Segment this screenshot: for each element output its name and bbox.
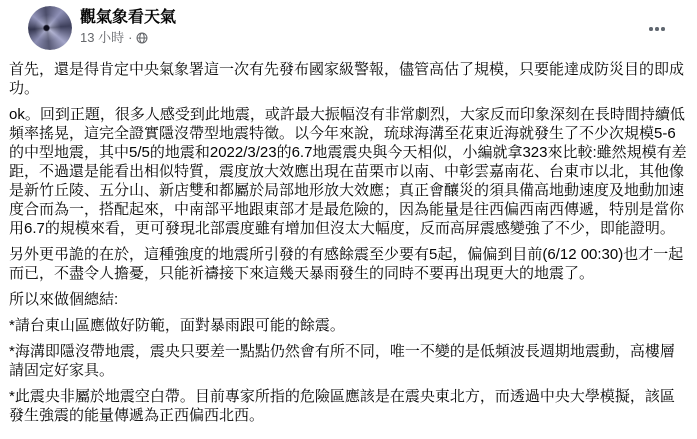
timestamp[interactable]: 13 小時 — [80, 30, 124, 46]
globe-icon — [136, 32, 148, 44]
ellipsis-icon — [661, 27, 665, 31]
paragraph-intro: 首先，還是得肯定中央氣象署這一次有先發布國家級警報，儘管高估了規模，只要能達成防… — [9, 60, 688, 98]
post-menu-button[interactable] — [640, 14, 674, 44]
paragraph-aftershocks: 另外更弔詭的在於，這種強度的地震所引發的有感餘震至少要有5起，偏偏到目前(6/1… — [9, 245, 688, 283]
facebook-post: 觀氣象看天氣 13 小時 · 首先，還是得肯定中央氣象署這一次有先發布國家級警報… — [0, 0, 697, 425]
header-info: 觀氣象看天氣 13 小時 · — [80, 6, 176, 46]
avatar[interactable] — [28, 6, 72, 50]
author-name[interactable]: 觀氣象看天氣 — [80, 8, 176, 28]
paragraph-summary-head: 所以來做個總結: — [9, 290, 688, 309]
post-body: 首先，還是得肯定中央氣象署這一次有先發布國家級警報，儘管高估了規模，只要能達成防… — [9, 59, 688, 425]
post-header: 觀氣象看天氣 13 小時 · — [9, 4, 688, 59]
paragraph-analysis: ok。回到正題，很多人感受到此地震，或許最大振幅沒有非常劇烈，大家反而印象深刻在… — [9, 105, 688, 238]
post-meta: 13 小時 · — [80, 30, 176, 46]
paragraph-bullet-2: *海溝即隱沒帶地震，震央只要差一點點仍然會有所不同，唯一不變的是低頻波長週期地震… — [9, 342, 688, 380]
paragraph-bullet-1: *請台東山區應做好防範，面對暴雨跟可能的餘震。 — [9, 316, 688, 335]
paragraph-bullet-3: *此震央非屬於地震空白帶。目前專家所指的危險區應該是在震央東北方，而透過中央大學… — [9, 387, 688, 425]
ellipsis-icon — [649, 27, 653, 31]
typhoon-satellite-avatar-image — [28, 6, 72, 50]
meta-separator: · — [128, 30, 132, 46]
ellipsis-icon — [655, 27, 659, 31]
